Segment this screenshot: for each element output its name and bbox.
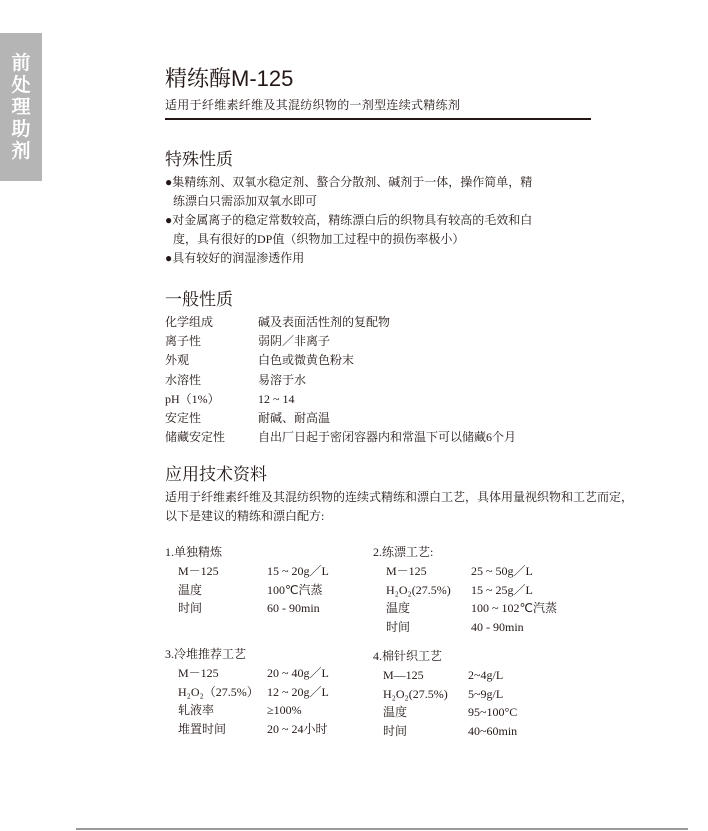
recipe-scouring-only: 1.单独精炼 M－12515 ~ 20g／L 温度100℃汽蒸 时间60 - 9… [165, 543, 329, 618]
recipe-key: H₂O₂（27.5%） [178, 683, 267, 702]
recipe-value: ≥100% [267, 701, 302, 720]
section-side-tab: 前 处 理 助 剂 [0, 33, 42, 181]
recipe-value: 5~9g/L [468, 685, 503, 704]
recipe-scour-bleach: 2.练漂工艺: M－12525 ~ 50g／L H₂O₂(27.5%)15 ~ … [373, 543, 557, 636]
recipe-row: 堆置时间20 ~ 24小时 [165, 720, 329, 739]
side-tab-char: 剂 [11, 140, 30, 162]
side-tab-char: 理 [11, 96, 30, 118]
property-row: 储藏安定性 自出厂日起于密闭容器内和常温下可以储藏6个月 [165, 428, 516, 447]
property-value: 弱阴／非离子 [258, 332, 330, 351]
recipe-key: 时间 [178, 599, 267, 618]
special-properties-list: ●集精练剂、双氧水稳定剂、螯合分散剂、碱剂于一体，操作简单，精 练漂白只需添加双… [165, 173, 532, 268]
recipe-row: M—1252~4g/L [373, 666, 517, 685]
recipe-value: 40~60min [468, 722, 517, 741]
footer-divider [76, 828, 688, 830]
recipe-row: M－12515 ~ 20g／L [165, 562, 329, 581]
recipe-value: 15 ~ 20g／L [267, 562, 329, 581]
recipe-key: 堆置时间 [178, 720, 267, 739]
recipe-key: H₂O₂(27.5%) [383, 685, 468, 704]
recipe-row: H₂O₂(27.5%)5~9g/L [373, 685, 517, 704]
property-label: 外观 [165, 351, 258, 370]
general-properties-heading: 一般性质 [165, 289, 233, 311]
recipe-value: 12 ~ 20g／L [267, 683, 329, 702]
recipe-cotton-knit: 4.棉针织工艺 M—1252~4g/L H₂O₂(27.5%)5~9g/L 温度… [373, 647, 517, 740]
application-heading: 应用技术资料 [165, 464, 267, 486]
recipe-title: 3.冷堆推荐工艺 [165, 645, 329, 664]
recipe-key: 温度 [178, 581, 267, 600]
recipe-value: 100℃汽蒸 [267, 581, 322, 600]
property-label: 化学组成 [165, 313, 258, 332]
property-value: 碱及表面活性剂的复配物 [258, 313, 390, 332]
recipe-key: 轧液率 [178, 701, 267, 720]
recipe-key: 时间 [383, 722, 468, 741]
property-label: 储藏安定性 [165, 428, 258, 447]
recipe-row: H₂O₂（27.5%）12 ~ 20g／L [165, 683, 329, 702]
bullet-item-cont: 练漂白只需添加双氧水即可 [165, 192, 532, 211]
recipe-value: 60 - 90min [267, 599, 320, 618]
recipe-row: 轧液率≥100% [165, 701, 329, 720]
page-subtitle: 适用于纤维素纤维及其混纺织物的一剂型连续式精练剂 [165, 97, 460, 113]
bullet-item-cont: 度，具有很好的DP值（织物加工过程中的损伤率极小） [165, 230, 532, 249]
recipe-row: M－12525 ~ 50g／L [373, 562, 557, 581]
recipe-value: 100 ~ 102℃汽蒸 [471, 599, 557, 618]
recipe-key: 温度 [386, 599, 471, 618]
property-label: 安定性 [165, 409, 258, 428]
recipe-key: 时间 [386, 618, 471, 637]
application-intro: 适用于纤维素纤维及其混纺织物的连续式精练和漂白工艺，具体用量视织物和工艺而定， … [165, 488, 633, 526]
property-row: 离子性 弱阴／非离子 [165, 332, 516, 351]
recipe-key: H₂O₂(27.5%) [386, 581, 471, 600]
recipe-row: 温度95~100°C [373, 703, 517, 722]
side-tab-char: 助 [11, 118, 30, 140]
property-row: pH（1%） 12 ~ 14 [165, 390, 516, 409]
title-divider [165, 118, 591, 120]
recipe-key: 温度 [383, 703, 468, 722]
side-tab-char: 处 [11, 74, 30, 96]
recipe-key: M－125 [178, 562, 267, 581]
recipe-value: 2~4g/L [468, 666, 503, 685]
recipe-row: 温度100℃汽蒸 [165, 581, 329, 600]
property-value: 自出厂日起于密闭容器内和常温下可以储藏6个月 [258, 428, 516, 447]
recipe-value: 15 ~ 25g／L [471, 581, 533, 600]
side-tab-char: 前 [11, 52, 30, 74]
recipe-row: 时间40 - 90min [373, 618, 557, 637]
recipe-key: M－125 [386, 562, 471, 581]
recipe-row: 温度100 ~ 102℃汽蒸 [373, 599, 557, 618]
property-row: 水溶性 易溶于水 [165, 371, 516, 390]
recipe-title: 2.练漂工艺: [373, 543, 557, 562]
recipe-title: 4.棉针织工艺 [373, 647, 517, 666]
recipe-key: M—125 [383, 666, 468, 685]
recipe-value: 95~100°C [468, 703, 517, 722]
recipe-row: H₂O₂(27.5%)15 ~ 25g／L [373, 581, 557, 600]
bullet-item: ●对金属离子的稳定常数较高，精练漂白后的织物具有较高的毛效和白 [165, 211, 532, 230]
bullet-item: ●集精练剂、双氧水稳定剂、螯合分散剂、碱剂于一体，操作简单，精 [165, 173, 532, 192]
recipe-value: 40 - 90min [471, 618, 524, 637]
recipe-title: 1.单独精炼 [165, 543, 329, 562]
property-row: 化学组成 碱及表面活性剂的复配物 [165, 313, 516, 332]
bullet-item: ●具有较好的润湿渗透作用 [165, 249, 532, 268]
property-label: pH（1%） [165, 390, 258, 409]
property-row: 外观 白色或微黄色粉末 [165, 351, 516, 370]
recipe-value: 20 ~ 24小时 [267, 720, 328, 739]
property-value: 耐碱、耐高温 [258, 409, 330, 428]
property-label: 离子性 [165, 332, 258, 351]
general-properties-table: 化学组成 碱及表面活性剂的复配物 离子性 弱阴／非离子 外观 白色或微黄色粉末 … [165, 313, 516, 447]
recipe-key: M－125 [178, 664, 267, 683]
property-value: 易溶于水 [258, 371, 306, 390]
recipe-value: 20 ~ 40g／L [267, 664, 329, 683]
recipe-row: 时间40~60min [373, 722, 517, 741]
property-value: 12 ~ 14 [258, 390, 295, 409]
recipe-value: 25 ~ 50g／L [471, 562, 533, 581]
property-row: 安定性 耐碱、耐高温 [165, 409, 516, 428]
recipe-row: M－12520 ~ 40g／L [165, 664, 329, 683]
intro-line: 以下是建议的精练和漂白配方: [165, 507, 633, 526]
recipe-cold-pad-batch: 3.冷堆推荐工艺 M－12520 ~ 40g／L H₂O₂（27.5%）12 ~… [165, 645, 329, 738]
intro-line: 适用于纤维素纤维及其混纺织物的连续式精练和漂白工艺，具体用量视织物和工艺而定， [165, 488, 633, 507]
page-title: 精练酶M-125 [165, 66, 293, 92]
recipe-row: 时间60 - 90min [165, 599, 329, 618]
property-label: 水溶性 [165, 371, 258, 390]
special-properties-heading: 特殊性质 [165, 149, 233, 171]
property-value: 白色或微黄色粉末 [258, 351, 354, 370]
